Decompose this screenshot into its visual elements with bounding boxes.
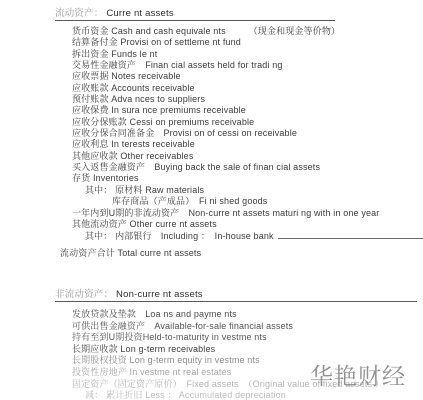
line-item-text: 应收利息 In terests receivable: [72, 139, 195, 149]
line-item-text: 发放贷款及垫款 Loa ns and payme nts: [72, 309, 237, 319]
line-item-text: 减： 累计折旧 Less ： Accumulated depreciation: [85, 390, 286, 400]
line-item: 长期应收款 Lon g-term receivables: [0, 344, 423, 356]
watermark-text: 华艳财经: [310, 358, 406, 391]
section-title-zh: 非流动资产：: [55, 289, 113, 300]
line-item: 其他应收款 Other receivables: [0, 151, 423, 162]
line-item: 减： 累计折旧 Less ： Accumulated depreciation: [0, 390, 423, 400]
line-item-text: 库存商品（产成品） Fi ni shed goods: [112, 196, 267, 206]
line-item: 预付账款 Adva nces to suppliers: [0, 94, 423, 105]
line-item-text: 持有至到U期投资Held-to-maturity in vestme nts: [72, 332, 267, 342]
line-item-text: 应收分保账款 Cessi on premiums receivable: [72, 117, 254, 127]
line-item-text: 其他应收款 Other receivables: [72, 151, 193, 161]
line-item-text: 存货 Inventories: [72, 173, 139, 183]
line-item-text: 应收账款 Accounts receivable: [72, 83, 195, 93]
line-item: 结算备付金 Provisi on of settleme nt fund: [0, 37, 423, 48]
line-item-text: 可供出售金融资产 Available-for-sale financial as…: [72, 321, 293, 331]
line-item: 其中： 原材料 Raw materials: [0, 185, 423, 196]
section-underline: [55, 301, 417, 302]
fill-in-rule: [278, 230, 423, 239]
line-item: 可供出售金融资产 Available-for-sale financial as…: [0, 321, 423, 333]
line-item: 存货 Inventories: [0, 173, 423, 184]
section-title-en: Non-curre nt assets: [116, 289, 203, 300]
line-item: 拆出资金 Funds le nt: [0, 49, 423, 60]
document-page: 流动资产： Curre nt assets 货币资金 Cash and cash…: [0, 0, 423, 400]
line-item-text: 结算备付金 Provisi on of settleme nt fund: [72, 37, 241, 47]
line-item-text: 买入返售金融资产 Buying back the sale of finan c…: [72, 162, 320, 172]
section-underline: [55, 20, 335, 21]
line-item: 买入返售金融资产 Buying back the sale of finan c…: [0, 162, 423, 173]
line-item: 应收分保账款 Cessi on premiums receivable: [0, 117, 423, 128]
line-item-text: 投资性房地产 In vestme nt real estates: [72, 367, 231, 377]
line-item: 货币资金 Cash and cash equivale nts （现金和现金等价…: [0, 26, 423, 37]
line-item: 应收分保合同准备金 Provisi on of cessi on receiva…: [0, 128, 423, 139]
line-item: 持有至到U期投资Held-to-maturity in vestme nts: [0, 332, 423, 344]
line-item-text: 应收分保合同准备金 Provisi on of cessi on receiva…: [72, 128, 297, 138]
section-title-zh: 流动资产：: [55, 8, 104, 19]
current-assets-total: 流动资产合计 Total curre nt assets: [60, 246, 201, 259]
line-item-text: 拆出资金 Funds le nt: [72, 49, 157, 59]
line-item: 应收票据 Notes receivable: [0, 71, 423, 82]
line-item-text: 其他流动资产 Other curre nt assets: [72, 219, 217, 229]
line-item: 一年内到U期的非流动资产 Non-curre nt assets maturi …: [0, 208, 423, 219]
current-assets-item-list: 货币资金 Cash and cash equivale nts （现金和现金等价…: [0, 26, 423, 243]
line-item-text: 一年内到U期的非流动资产 Non-curre nt assets maturi …: [72, 208, 379, 218]
section-header-non-current-assets: 非流动资产： Non-curre nt assets: [55, 289, 203, 301]
line-item-text: 应收票据 Notes receivable: [72, 71, 181, 81]
line-item: 交易性金融资产 Finan cial assets held for tradi…: [0, 60, 423, 71]
line-item-text: 其中： 内部银行 Including ： In-house bank: [85, 231, 274, 241]
section-header-current-assets: 流动资产： Curre nt assets: [55, 8, 174, 20]
line-item: 库存商品（产成品） Fi ni shed goods: [0, 196, 423, 207]
line-item-text: 应收保费 In sura nce premiums receivable: [72, 105, 246, 115]
line-item: 其中： 内部银行 Including ： In-house bank: [0, 230, 423, 242]
line-item: 应收账款 Accounts receivable: [0, 83, 423, 94]
line-item-text: 交易性金融资产 Finan cial assets held for tradi…: [72, 60, 283, 70]
line-item-text: 预付账款 Adva nces to suppliers: [72, 94, 205, 104]
line-item: 发放贷款及垫款 Loa ns and payme nts: [0, 309, 423, 321]
line-item-text: 长期股权投资 Lon g-term equity in vestme nts: [72, 355, 260, 365]
line-item: 应收利息 In terests receivable: [0, 139, 423, 150]
line-item-text: 货币资金 Cash and cash equivale nts （现金和现金等价…: [72, 26, 340, 36]
section-title-en: Curre nt assets: [106, 8, 173, 19]
line-item: 其他流动资产 Other curre nt assets: [0, 219, 423, 230]
line-item: 应收保费 In sura nce premiums receivable: [0, 105, 423, 116]
line-item-text: 其中： 原材料 Raw materials: [85, 185, 204, 195]
line-item-text: 长期应收款 Lon g-term receivables: [72, 344, 215, 354]
